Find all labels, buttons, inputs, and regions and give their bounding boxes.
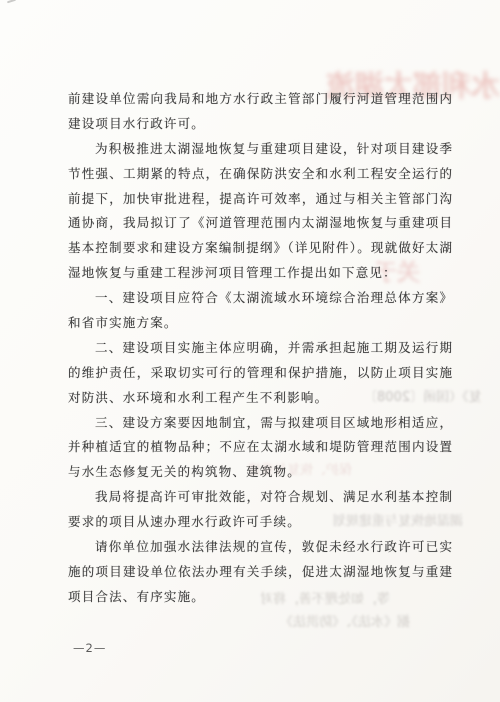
document-line: 为积极推进太湖湿地恢复与重建项目建设，针对项目建设季 — [68, 137, 452, 162]
document-line: 湿地恢复与重建工程涉河项目管理工作提出如下意见： — [68, 261, 452, 286]
document-line: 要求的项目从速办理水行政许可手续。 — [68, 510, 452, 535]
page-number: —2— — [73, 641, 106, 655]
document-line: 前建设单位需向我局和地方水行政主管部门履行河道管理范围内 — [68, 87, 452, 112]
scan-speck — [7, 0, 16, 3]
document-line: 我局将提高许可审批效能，对符合规划、满足水利基本控制 — [68, 485, 452, 510]
document-line: 基本控制要求和建设方案编制提纲》（详见附件）。现就做好太湖 — [68, 236, 452, 261]
document-line: 三、建设方案要因地制宜，需与拟建项目区域地形相适应， — [68, 411, 452, 436]
document-line: 并种植适宜的植物品种；不应在太湖水域和堤防管理范围内设置 — [68, 435, 452, 460]
document-line: 节性强、工期紧的特点，在确保防洪安全和水利工程安全运行的 — [68, 162, 452, 187]
document-line: 与水生态修复无关的构筑物、建筑物。 — [68, 460, 452, 485]
document-line: 施的项目建设单位依法办理有关手续，促进太湖湿地恢复与重建 — [68, 560, 452, 585]
document-body-text: 前建设单位需向我局和地方水行政主管部门履行河道管理范围内 建设项目水行政许可。 … — [68, 87, 452, 610]
document-line: 一、建设项目应符合《太湖流域水环境综合治理总体方案》 — [68, 286, 452, 311]
bleed-through-text: 据《水法》、《防洪法》 — [280, 611, 410, 630]
document-line: 的维护责任，采取切实可行的管理和保护措施，以防止项目实施 — [68, 361, 452, 386]
document-line: 和省市实施方案。 — [68, 311, 452, 336]
document-line: 前提下，加快审批进程，提高许可效率，通过与相关主管部门沟 — [68, 187, 452, 212]
document-line: 二、建设项目实施主体应明确，并需承担起施工期及运行期 — [68, 336, 452, 361]
document-line: 项目合法、有序实施。 — [68, 585, 452, 610]
document-line: 建设项目水行政许可。 — [68, 112, 452, 137]
document-line: 通协商，我局拟订了《河道管理范围内太湖湿地恢复与重建项目 — [68, 211, 452, 236]
document-line: 对防洪、水环境和水利工程产生不利影响。 — [68, 386, 452, 411]
document-line: 请你单位加强水法律法规的宣传，敦促未经水行政许可已实 — [68, 535, 452, 560]
scanned-document-page: 水利部太湖流 关于 复》（国函〔2008〕 保护、恢复与重建 湖湿地恢复与重建规… — [0, 0, 500, 702]
